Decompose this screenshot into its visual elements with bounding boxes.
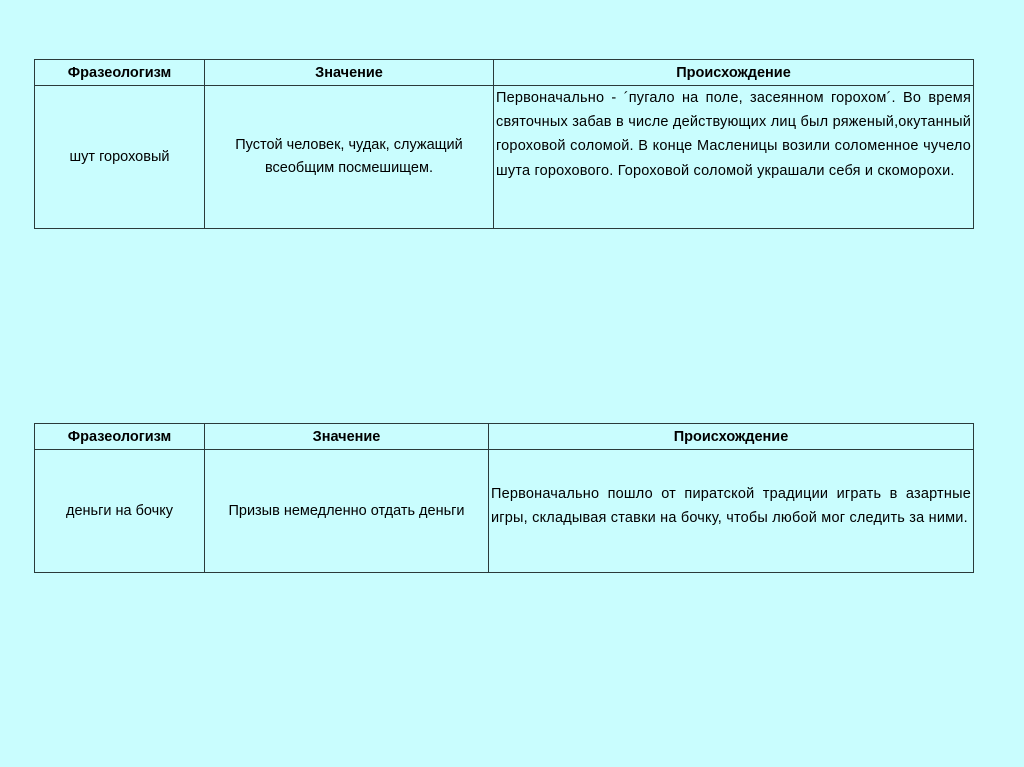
- table-row: деньги на бочку Призыв немедленно отдать…: [35, 450, 974, 573]
- header-phrase: Фразеологизм: [35, 424, 205, 450]
- table-header-row: Фразеологизм Значение Происхождение: [35, 60, 974, 86]
- header-meaning: Значение: [205, 424, 489, 450]
- cell-meaning: Пустой человек, чудак, служащий всеобщим…: [205, 86, 494, 229]
- phraseology-table-2: Фразеологизм Значение Происхождение день…: [34, 423, 974, 573]
- slide-background: Фразеологизм Значение Происхождение шут …: [0, 0, 1024, 767]
- header-origin: Происхождение: [494, 60, 974, 86]
- table-header-row: Фразеологизм Значение Происхождение: [35, 424, 974, 450]
- table-row: шут гороховый Пустой человек, чудак, слу…: [35, 86, 974, 229]
- phraseology-table-1: Фразеологизм Значение Происхождение шут …: [34, 59, 974, 229]
- header-phrase: Фразеологизм: [35, 60, 205, 86]
- header-origin: Происхождение: [489, 424, 974, 450]
- cell-phrase: деньги на бочку: [35, 450, 205, 573]
- header-meaning: Значение: [205, 60, 494, 86]
- cell-meaning: Призыв немедленно отдать деньги: [205, 450, 489, 573]
- cell-origin: Первоначально пошло от пиратской традици…: [489, 450, 974, 573]
- cell-origin: Первоначально - ´пугало на поле, засеянн…: [494, 86, 974, 229]
- cell-phrase: шут гороховый: [35, 86, 205, 229]
